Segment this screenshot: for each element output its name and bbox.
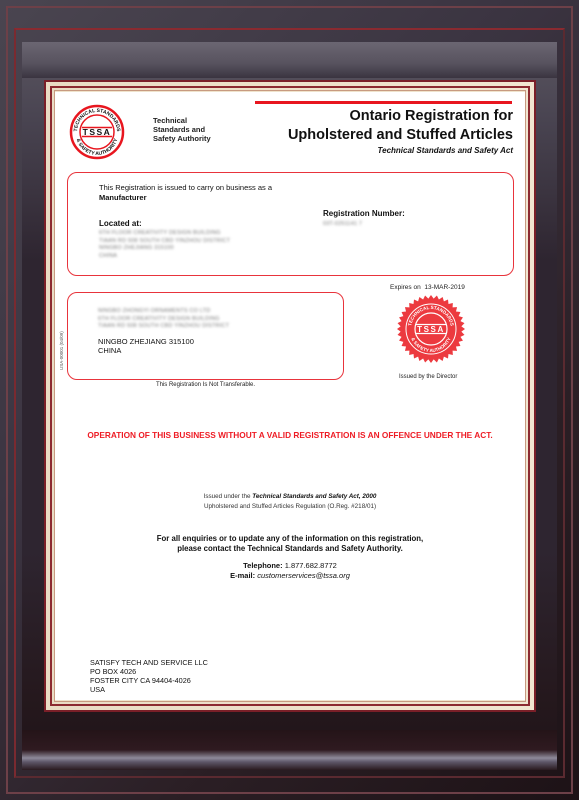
org-name-line: Safety Authority bbox=[153, 134, 211, 143]
email: E-mail: customerservices@tssa.org bbox=[55, 571, 525, 581]
business-type: Manufacturer bbox=[99, 193, 147, 202]
certificate: TECHNICAL STANDARDS & SAFETY AUTHORITY T… bbox=[55, 92, 525, 700]
org-name: Technical Standards and Safety Authority bbox=[153, 116, 211, 143]
address-line: 6TH FLOOR CREATIVITY DESIGN BUILDING bbox=[99, 230, 230, 238]
address-line: 6TH FLOOR CREATIVITY DESIGN BUILDING bbox=[98, 316, 229, 324]
issued-text: This Registration is issued to carry on … bbox=[99, 183, 272, 192]
address-line: USA bbox=[90, 685, 208, 694]
act-name: Technical Standards and Safety Act, 2000 bbox=[252, 493, 376, 500]
regulation: Upholstered and Stuffed Articles Regulat… bbox=[55, 502, 525, 512]
email-address[interactable]: customerservices@tssa.org bbox=[257, 571, 350, 580]
country-line: CHINA bbox=[98, 346, 194, 355]
located-label: Located at: bbox=[99, 219, 142, 228]
location-address-redacted: 6TH FLOOR CREATIVITY DESIGN BUILDING TIA… bbox=[99, 230, 230, 260]
certificate-title: Ontario Registration for Upholstered and… bbox=[288, 107, 513, 156]
mailing-address-box: NINGBO ZHONGYI ORNAMENTS CO LTD 6TH FLOO… bbox=[67, 292, 344, 380]
address-line: SATISFY TECH AND SERVICE LLC bbox=[90, 658, 208, 667]
telephone: Telephone: 1.877.682.8772 bbox=[55, 561, 525, 571]
svg-text:TSSA: TSSA bbox=[83, 127, 112, 137]
org-name-line: Standards and bbox=[153, 125, 211, 134]
enquiry-line-2: please contact the Technical Standards a… bbox=[55, 544, 525, 554]
registration-number-label: Registration Number: bbox=[323, 209, 405, 218]
registration-number-redacted: 03T-0251141 7 bbox=[323, 221, 362, 229]
address-line: TIAAN RD 508 SOUTH CBD YINZHOU DISTRICT bbox=[98, 323, 229, 331]
expiry: Expires on 13-MAR-2019 bbox=[390, 284, 465, 291]
mailing-address-redacted: NINGBO ZHONGYI ORNAMENTS CO LTD 6TH FLOO… bbox=[98, 308, 229, 331]
address-line: FOSTER CITY CA 94404-4026 bbox=[90, 676, 208, 685]
address-line: TIAAN RD 508 SOUTH CBD YINZHOU DISTRICT bbox=[99, 238, 230, 246]
act-line: Issued under the Technical Standards and… bbox=[55, 492, 525, 502]
svg-text:TSSA: TSSA bbox=[417, 325, 445, 334]
email-label: E-mail: bbox=[230, 571, 255, 580]
expires-date: 13-MAR-2019 bbox=[424, 284, 464, 291]
telephone-number: 1.877.682.8772 bbox=[285, 561, 337, 570]
offence-warning: OPERATION OF THIS BUSINESS WITHOUT A VAL… bbox=[55, 430, 525, 440]
title-line-1: Ontario Registration for bbox=[288, 107, 513, 126]
mail-to-address: SATISFY TECH AND SERVICE LLC PO BOX 4026… bbox=[90, 658, 208, 694]
header-red-rule bbox=[255, 101, 512, 104]
org-name-line: Technical bbox=[153, 116, 211, 125]
mailing-city: NINGBO ZHEJIANG 315100 CHINA bbox=[98, 337, 194, 355]
address-line: PO BOX 4026 bbox=[90, 667, 208, 676]
expires-label: Expires on bbox=[390, 284, 421, 291]
tssa-seal-icon: TECHNICAL STANDARDS & SAFETY AUTHORITY T… bbox=[396, 294, 466, 364]
enquiry-line-1: For all enquiries or to update any of th… bbox=[55, 534, 525, 544]
tssa-logo-icon: TECHNICAL STANDARDS & SAFETY AUTHORITY T… bbox=[69, 104, 125, 160]
address-line: NINGBO ZHEJIANG 315100 bbox=[99, 245, 230, 253]
act-reference: Issued under the Technical Standards and… bbox=[55, 492, 525, 512]
not-transferable-note: This Registration Is Not Transferable. bbox=[67, 382, 344, 388]
contact-info: Telephone: 1.877.682.8772 E-mail: custom… bbox=[55, 561, 525, 581]
city-line: NINGBO ZHEJIANG 315100 bbox=[98, 337, 194, 346]
address-line: CHINA bbox=[99, 253, 230, 261]
address-line: NINGBO ZHONGYI ORNAMENTS CO LTD bbox=[98, 308, 229, 316]
enquiry-text: For all enquiries or to update any of th… bbox=[55, 534, 525, 554]
title-line-2: Upholstered and Stuffed Articles bbox=[288, 126, 513, 145]
registration-box: This Registration is issued to carry on … bbox=[67, 172, 514, 276]
telephone-label: Telephone: bbox=[243, 561, 282, 570]
title-subtitle: Technical Standards and Safety Act bbox=[288, 145, 513, 156]
issued-by-director: Issued by the Director bbox=[399, 374, 457, 380]
issued-under-label: Issued under the bbox=[204, 493, 251, 500]
